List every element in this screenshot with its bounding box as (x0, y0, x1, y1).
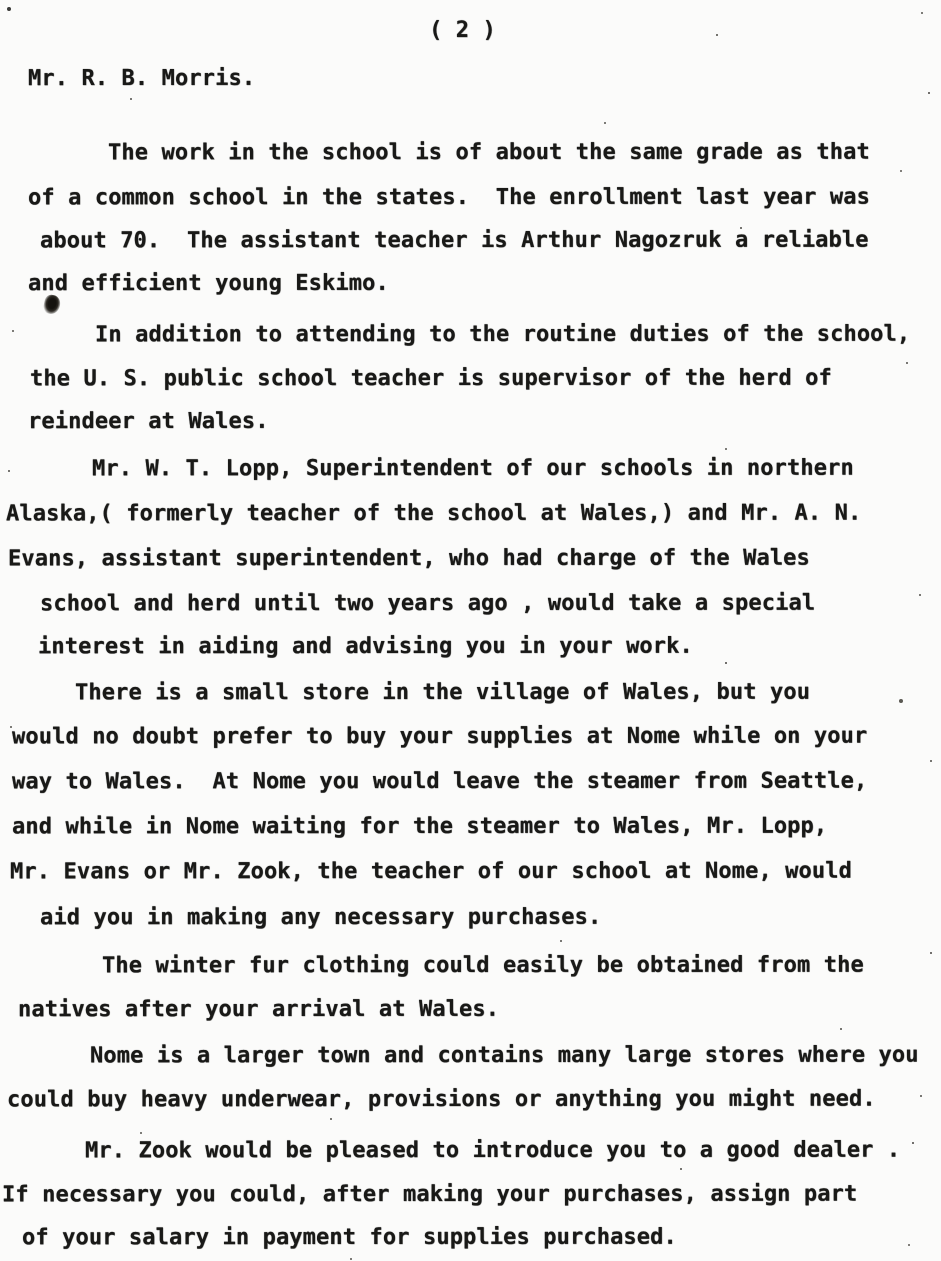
typed-line: If necessary you could, after making you… (2, 1182, 857, 1209)
typed-line: Nome is a larger town and contains many … (90, 1043, 919, 1070)
typed-line: Mr. Zook would be pleased to introduce y… (85, 1138, 900, 1165)
typed-line: Mr. Evans or Mr. Zook, the teacher of ou… (10, 859, 852, 886)
typed-line: The winter fur clothing could easily be … (102, 953, 864, 980)
typed-line: and efficient young Eskimo. (28, 271, 389, 297)
typed-line: and while in Nome waiting for the steame… (12, 814, 827, 841)
typed-line: could buy heavy underwear, provisions or… (7, 1087, 876, 1114)
typed-line: In addition to attending to the routine … (95, 322, 910, 349)
typed-line: the U. S. public school teacher is super… (30, 366, 832, 393)
page-number: ( 2 ) (0, 18, 933, 44)
typed-line: There is a small store in the village of… (75, 680, 810, 707)
typed-line: way to Wales. At Nome you would leave th… (12, 769, 867, 796)
typed-line: of a common school in the states. The en… (28, 185, 870, 212)
typed-line: of your salary in payment for supplies p… (22, 1225, 677, 1252)
typed-line: reindeer at Wales. (28, 409, 269, 435)
paper-specks (0, 0, 2, 2)
typed-line: The work in the school is of about the s… (108, 140, 870, 167)
typed-line: school and herd until two years ago , wo… (40, 591, 815, 618)
typed-line: aid you in making any necessary purchase… (40, 905, 601, 931)
typed-line: natives after your arrival at Wales. (18, 997, 499, 1023)
typed-line: about 70. The assistant teacher is Arthu… (40, 228, 869, 255)
addressee-line: Mr. R. B. Morris. (28, 66, 255, 92)
typed-line: Evans, assistant superintendent, who had… (8, 546, 810, 573)
typed-line: Alaska,( formerly teacher of the school … (6, 501, 861, 528)
typed-line: Mr. W. T. Lopp, Superintendent of our sc… (92, 456, 854, 483)
typed-line: interest in aiding and advising you in y… (38, 634, 693, 661)
scanned-letter-page: ( 2 ) Mr. R. B. Morris. The work in the … (0, 0, 941, 1261)
typed-line: would no doubt prefer to buy your suppli… (12, 724, 867, 751)
